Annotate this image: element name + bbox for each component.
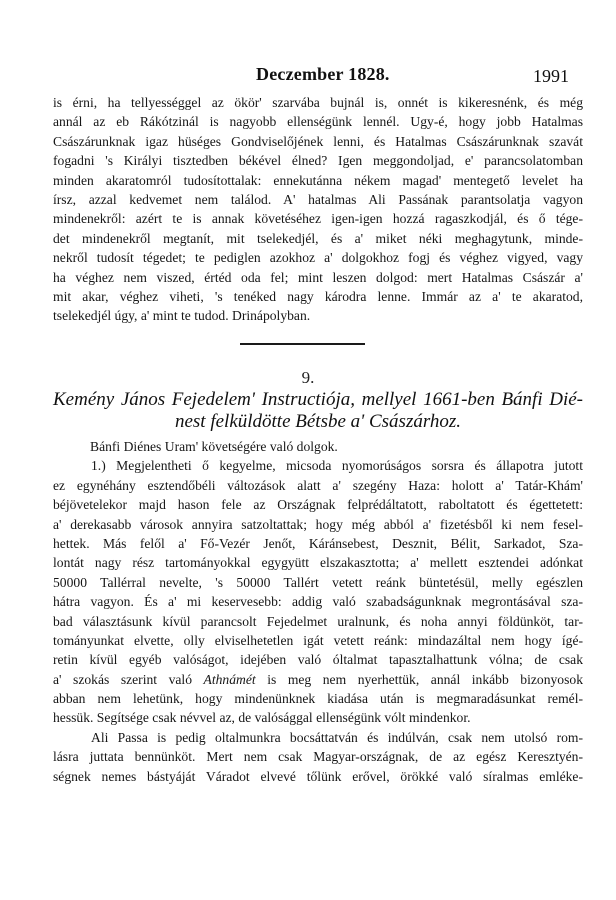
text-line: hátra vagyon. És a' mi keservesebb: addi… bbox=[53, 592, 583, 611]
text-line: tományunkat elvette, olly elviselhetetle… bbox=[53, 631, 583, 650]
running-head: Deczember 1828. 1991 bbox=[0, 64, 616, 88]
text-line: annál az eb Rákótzinál is nagyobb ellens… bbox=[53, 112, 583, 131]
text-line: ha véghez nem viszed, értéd oda fel; min… bbox=[53, 268, 583, 287]
text-line: írsz, azzal kedvemet nem találod. A' hat… bbox=[53, 190, 583, 209]
text-line: retin kívül egyéb valóságot, idejében va… bbox=[53, 650, 583, 669]
text-line: minden akaratomról tudosítottalak: ennek… bbox=[53, 171, 583, 190]
text-line: nekről tudosít tégedet; te pediglen azok… bbox=[53, 248, 583, 267]
text-line: lontát nagy rész tartományokkal egygyütt… bbox=[53, 553, 583, 572]
text-line: Ali Passa is pedig oltalmunkra bocsáttat… bbox=[53, 728, 583, 747]
continuation-paragraph: is érni, ha tellyességgel az ökör' szarv… bbox=[53, 93, 583, 326]
text-line: ségnek nemes bástyáját Váradot elvevé tő… bbox=[53, 767, 583, 786]
section-number: 9. bbox=[0, 368, 616, 388]
text-line: is érni, ha tellyességgel az ökör' szarv… bbox=[53, 93, 583, 112]
text-line: 50000 Tallérral nevelte, 's 50000 Tallér… bbox=[53, 573, 583, 592]
section-divider bbox=[240, 343, 365, 345]
text-line: abban nem lehetünk, hogy mindenünknek ki… bbox=[53, 689, 583, 708]
book-page: Deczember 1828. 1991 is érni, ha tellyes… bbox=[0, 0, 616, 900]
text-line: hessük. Segítsége csak névvel az, de val… bbox=[53, 708, 583, 727]
text-line: béjövetelekor majd hason fele az Országn… bbox=[53, 495, 583, 514]
page-number: 1991 bbox=[533, 66, 569, 87]
text-line: 1.) Megjelentheti ő kegyelme, micsoda ny… bbox=[53, 456, 583, 475]
text-line: det mindenekről megtanít, mit tselekedjé… bbox=[53, 229, 583, 248]
text-line: fogadni 's Királyi tisztedben békével él… bbox=[53, 151, 583, 170]
text-line: a' derekasabb városok annyira satzoltatt… bbox=[53, 515, 583, 534]
section-title: Kemény János Fejedelem' Instructiója, me… bbox=[53, 389, 583, 433]
text-line: Császárunknak igaz hüséges Gondviselőjén… bbox=[53, 132, 583, 151]
text-line: bad választásunk kívül parancsolt Fejede… bbox=[53, 612, 583, 631]
running-head-title: Deczember 1828. bbox=[256, 64, 390, 85]
text-line: mindenekről: azért te is annak követéséh… bbox=[53, 209, 583, 228]
text-line: a' szokás szerint való Athnámét is meg n… bbox=[53, 670, 583, 689]
text-line: ez egynéhány esztendőbéli változások ala… bbox=[53, 476, 583, 495]
section-title-line: nest felküldötte Bétsbe a' Császárhoz. bbox=[53, 411, 583, 433]
italic-term: Athnámét bbox=[204, 672, 256, 687]
text-line: tselekedjél úgy, a' mint te tudod. Driná… bbox=[53, 306, 583, 325]
text-line: mit akar, véghez viheti, 's tenéked nagy… bbox=[53, 287, 583, 306]
text-line: lásra juttata bennünköt. Mert nem csak M… bbox=[53, 747, 583, 766]
section-title-line: Kemény János Fejedelem' Instructiója, me… bbox=[53, 389, 583, 411]
text-line: hettek. Más felől a' Fő-Vezér Jenőt, Kár… bbox=[53, 534, 583, 553]
instruction-heading: Bánfi Diénes Uram' követségére való dolg… bbox=[53, 437, 583, 456]
instruction-text: Bánfi Diénes Uram' követségére való dolg… bbox=[53, 437, 583, 786]
